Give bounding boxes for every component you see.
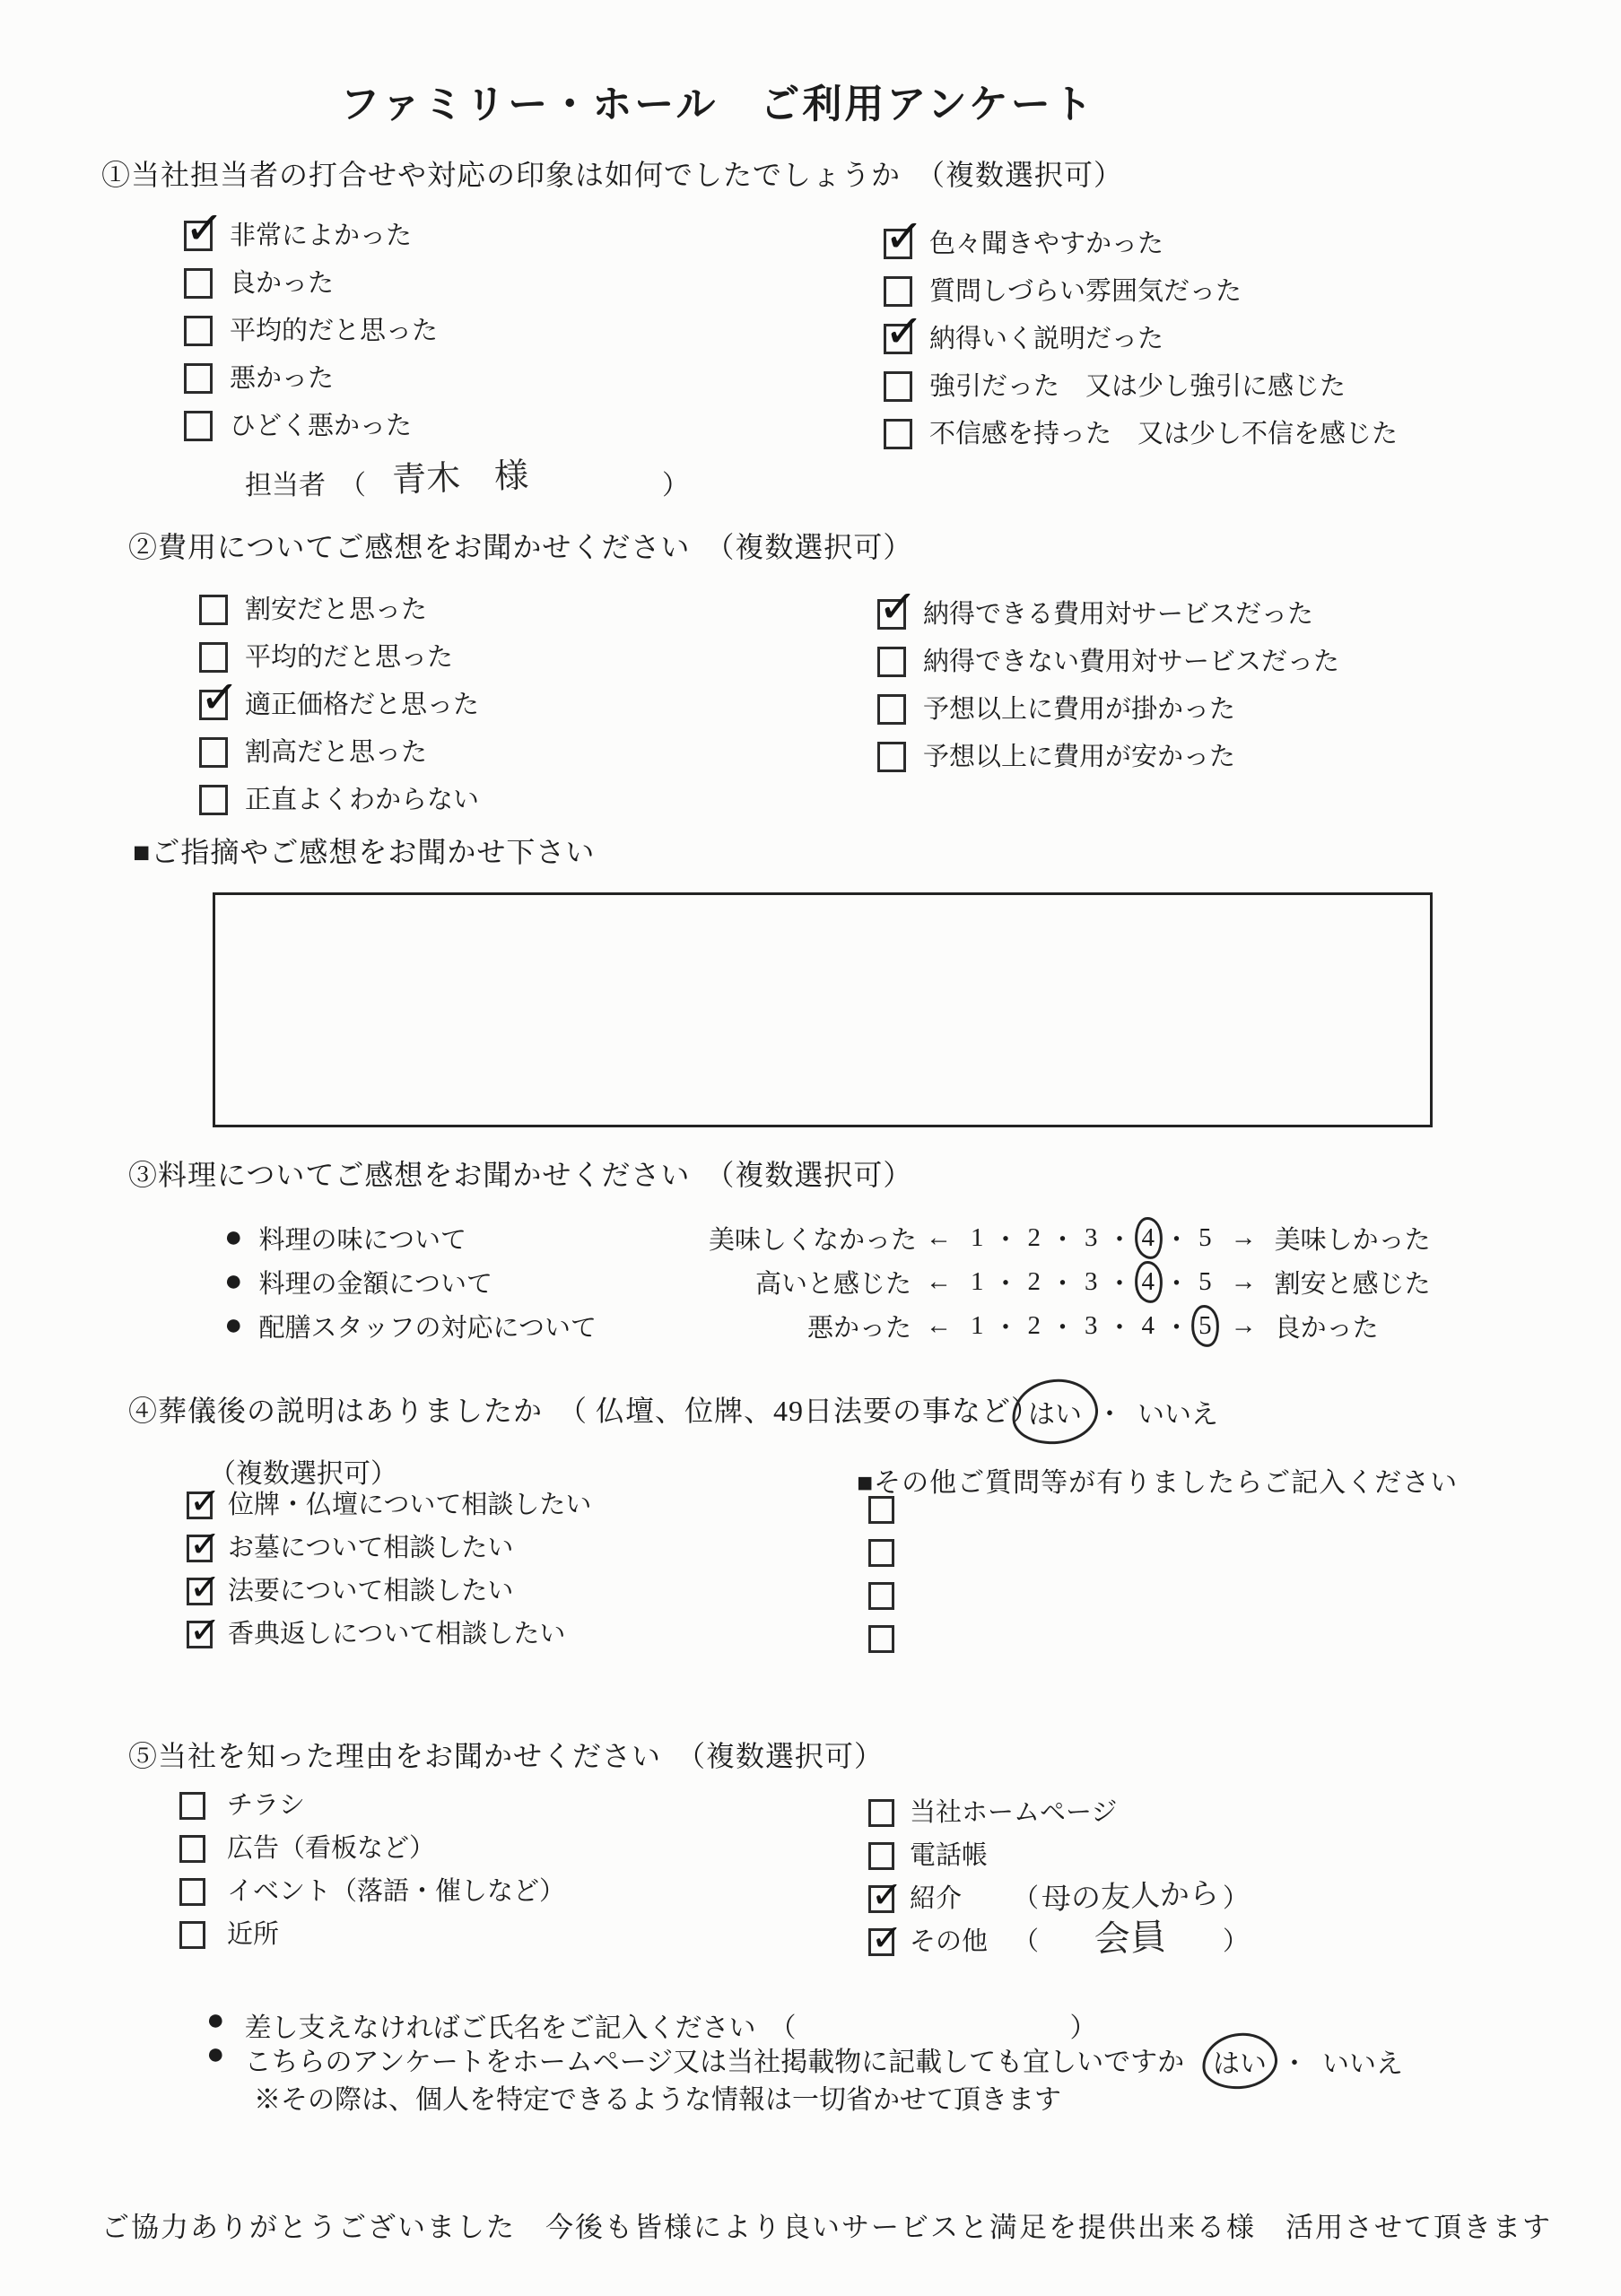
option-row: ✓ 香典返しについて相談したい xyxy=(187,1621,591,1648)
dot-separator: ・ xyxy=(1102,1220,1137,1257)
option-row: ✓ 予想以上に費用が安かった xyxy=(877,742,1339,772)
q2-heading: ②費用についてご感想をお聞かせください （複数選択可） xyxy=(128,525,912,566)
referral-note-handwritten[interactable]: 母の友人から xyxy=(1038,1879,1223,1913)
option-row: ✓ 非常によかった xyxy=(184,221,438,251)
option-row: ✓ 納得できる費用対サービスだった xyxy=(877,599,1339,630)
check-icon: ✓ xyxy=(188,1482,222,1521)
checkbox[interactable]: ✓ xyxy=(184,363,213,394)
q4-left-options: ✓ 位牌・仏壇について相談したい ✓ お墓について相談したい ✓ 法要について相… xyxy=(187,1492,591,1664)
option-row: ✓ イベント（落語・催しなど） xyxy=(179,1878,565,1906)
option-label: ひどく悪かった xyxy=(230,411,412,441)
comments-input-box[interactable] xyxy=(213,892,1433,1127)
q5-heading: ⑤当社を知った理由をお聞かせください （複数選択可） xyxy=(128,1734,884,1775)
dot-separator: ・ xyxy=(1159,1220,1194,1257)
scale-low-label: 美味しくなかった xyxy=(709,1220,911,1257)
scale-number[interactable]: 2 xyxy=(1024,1223,1046,1253)
checkbox[interactable]: ✓ xyxy=(199,737,228,768)
option-row: ✓ 予想以上に費用が掛かった xyxy=(877,694,1339,725)
dot-separator: ・ xyxy=(989,1264,1024,1300)
q4-other-heading: ■その他ご質問等が有りましたらご記入ください xyxy=(857,1460,1458,1500)
scale-number[interactable]: 5 xyxy=(1194,1223,1216,1253)
right-arrow-icon: → xyxy=(1231,1267,1257,1297)
option-label: 適正価格だと思った xyxy=(245,690,479,720)
checkbox[interactable]: ✓ xyxy=(187,1621,213,1648)
option-label: 予想以上に費用が安かった xyxy=(923,742,1235,772)
bullet-icon: ● xyxy=(224,1310,243,1341)
option-label: 広告（看板など） xyxy=(227,1835,435,1863)
q5-right-options: ✓ 当社ホームページ ✓ 電話帳 ✓ 紹介 （ 母の友人から ） ✓ その他 （… xyxy=(868,1799,1249,1971)
q4-heading: ④葬儀後の説明はありましたか （ 仏壇、位牌、49日法要の事など） xyxy=(128,1388,1041,1430)
no-option[interactable]: いいえ xyxy=(1322,2041,1403,2081)
q4-yes-no-group: はい ・ いいえ xyxy=(1028,1392,1218,1431)
dot-separator: ・ xyxy=(1045,1264,1080,1300)
option-label: その他 xyxy=(910,1928,1013,1956)
checkbox[interactable]: ✓ xyxy=(199,642,228,673)
other-note-handwritten[interactable]: 会員 xyxy=(1038,1922,1223,1956)
check-icon: ✓ xyxy=(870,1875,903,1915)
dot-separator: ・ xyxy=(1045,1220,1080,1257)
option-row: ✓ 紹介 （ 母の友人から ） xyxy=(868,1885,1249,1913)
checkbox[interactable]: ✓ xyxy=(868,1539,894,1567)
check-icon: ✓ xyxy=(884,213,925,261)
q5-left-options: ✓ チラシ ✓ 広告（看板など） ✓ イベント（落語・催しなど） ✓ 近所 xyxy=(179,1792,565,1964)
yes-option[interactable]: はい xyxy=(1028,1392,1082,1431)
check-icon: ✓ xyxy=(188,1525,222,1564)
option-row: ✓ 法要について相談したい xyxy=(187,1578,591,1605)
checkbox[interactable]: ✓ xyxy=(868,1885,894,1913)
option-row: ✓ 平均的だと思った xyxy=(184,316,438,346)
option-label: 平均的だと思った xyxy=(245,642,453,673)
option-label: 紹介 xyxy=(910,1885,1013,1913)
scale-number[interactable]: 1 xyxy=(966,1223,989,1253)
checkbox[interactable]: ✓ xyxy=(868,1496,894,1524)
scale-number[interactable]: 3 xyxy=(1080,1223,1102,1253)
dot-separator: ・ xyxy=(989,1308,1024,1344)
scale-number[interactable]: 1 xyxy=(966,1311,989,1341)
option-row: ✓ 割安だと思った xyxy=(199,595,479,625)
checkbox[interactable]: ✓ xyxy=(187,1492,213,1519)
paren-close: ） xyxy=(1223,1885,1249,1913)
bullet-icon: ● xyxy=(206,2005,225,2036)
option-row: ✓ 強引だった 又は少し強引に感じた xyxy=(884,371,1398,402)
checkbox[interactable]: ✓ xyxy=(179,1792,205,1820)
q3-scale-row: 高いと感じた ← 1 ・ 2 ・ 3 ・ 4 ・ 5 → 割安と感じた xyxy=(709,1260,1431,1303)
scale-number[interactable]: 2 xyxy=(1024,1311,1046,1341)
option-label: チラシ xyxy=(227,1792,305,1820)
checkbox[interactable]: ✓ xyxy=(884,419,912,449)
option-row: ✓ 色々聞きやすかった xyxy=(884,229,1398,259)
checkbox[interactable]: ✓ xyxy=(179,1878,205,1906)
left-arrow-icon: ← xyxy=(926,1311,952,1341)
right-arrow-icon: → xyxy=(1231,1223,1257,1253)
checkbox[interactable]: ✓ xyxy=(877,647,906,677)
publish-consent-line: ● こちらのアンケートをホームページ又は当社掲載物に記載しても宜しいですか xyxy=(206,2039,1184,2079)
checkbox[interactable]: ✓ xyxy=(184,221,213,251)
scale-number[interactable]: 3 xyxy=(1080,1267,1102,1297)
staff-paren-close: ） xyxy=(662,463,689,502)
option-row: ✓ xyxy=(868,1582,894,1610)
right-arrow-icon: → xyxy=(1231,1311,1257,1341)
scale-high-label: 美味しかった xyxy=(1275,1220,1431,1257)
check-icon: ✓ xyxy=(199,674,240,722)
option-row: ✓ xyxy=(868,1625,894,1653)
scale-number[interactable]: 4 xyxy=(1137,1223,1160,1253)
checkbox[interactable]: ✓ xyxy=(884,229,912,259)
checkbox[interactable]: ✓ xyxy=(199,785,228,815)
q4-multi-note: （複数選択可） xyxy=(209,1451,397,1491)
q3-topic-row: ● 料理の金額について xyxy=(224,1260,492,1303)
q3-topic-row: ● 配膳スタッフの対応について xyxy=(224,1304,597,1347)
scale-low-label: 高いと感じた xyxy=(709,1264,911,1300)
scale-number[interactable]: 5 xyxy=(1194,1267,1216,1297)
option-label: お墓について相談したい xyxy=(228,1535,513,1562)
scale-high-label: 割安と感じた xyxy=(1275,1264,1431,1300)
check-icon: ✓ xyxy=(188,1611,222,1650)
bullet-icon: ● xyxy=(224,1266,243,1297)
scale-number[interactable]: 5 xyxy=(1194,1311,1216,1341)
option-label: 香典返しについて相談したい xyxy=(228,1621,565,1648)
privacy-note-line: ※その際は、個人を特定できるような情報は一切省かせて頂きます xyxy=(254,2077,1061,2117)
option-row: ✓ その他 （ 会員 ） xyxy=(868,1928,1249,1956)
option-row: ✓ 平均的だと思った xyxy=(199,642,479,673)
option-label: 位牌・仏壇について相談したい xyxy=(228,1492,591,1519)
checkbox[interactable]: ✓ xyxy=(187,1535,213,1562)
yes-option[interactable]: はい xyxy=(1213,2041,1267,2081)
option-row: ✓ 納得できない費用対サービスだった xyxy=(877,647,1339,677)
check-icon: ✓ xyxy=(877,583,919,631)
checkbox[interactable]: ✓ xyxy=(199,595,228,625)
thanks-footer: ご協力ありがとうございました 今後も皆様により良いサービスと満足を提供出来る様 … xyxy=(101,2205,1552,2245)
scanned-survey-form: { "glyphs": { "check": "✓", "dot_sep": "… xyxy=(0,0,1621,2296)
scale-low-label: 悪かった xyxy=(709,1308,911,1344)
option-label: 当社ホームページ xyxy=(910,1799,1117,1827)
dot-separator: ・ xyxy=(1159,1308,1194,1344)
bullet-icon: ● xyxy=(206,2039,225,2070)
checkbox[interactable]: ✓ xyxy=(868,1842,894,1870)
option-row: ✓ 当社ホームページ xyxy=(868,1799,1249,1827)
scale-number[interactable]: 3 xyxy=(1080,1311,1102,1341)
q3-topic-row: ● 料理の味について xyxy=(224,1216,466,1259)
option-row: ✓ 不信感を持った 又は少し不信を感じた xyxy=(884,419,1398,449)
dot-separator: ・ xyxy=(989,1220,1024,1257)
option-label: 納得できない費用対サービスだった xyxy=(923,647,1339,677)
option-row: ✓ xyxy=(868,1496,894,1524)
option-label: 強引だった 又は少し強引に感じた xyxy=(929,371,1346,402)
option-row: ✓ 広告（看板など） xyxy=(179,1835,565,1863)
q2-left-options: ✓ 割安だと思った ✓ 平均的だと思った ✓ 適正価格だと思った ✓ 割高だと思… xyxy=(199,595,479,832)
option-label: 悪かった xyxy=(230,363,334,394)
checkbox[interactable]: ✓ xyxy=(184,411,213,441)
option-label: 割高だと思った xyxy=(245,737,427,768)
checkbox[interactable]: ✓ xyxy=(877,694,906,725)
checkbox[interactable]: ✓ xyxy=(187,1578,213,1605)
paren-open: （ xyxy=(1013,1885,1039,1913)
option-label: 割安だと思った xyxy=(245,595,427,625)
topic-label: 料理の金額について xyxy=(259,1264,492,1300)
staff-label: 担当者 （ xyxy=(245,463,366,502)
q3-scale-row: 悪かった ← 1 ・ 2 ・ 3 ・ 4 ・ 5 → 良かった xyxy=(709,1304,1379,1347)
check-icon: ✓ xyxy=(870,1918,903,1958)
option-label: 不信感を持った 又は少し不信を感じた xyxy=(929,419,1398,449)
form-title: ファミリー・ホール ご利用アンケート xyxy=(296,72,1139,129)
option-label: 納得できる費用対サービスだった xyxy=(923,599,1313,630)
scale-number[interactable]: 4 xyxy=(1137,1311,1160,1341)
option-row: ✓ xyxy=(868,1539,894,1567)
option-row: ✓ 良かった xyxy=(184,268,438,299)
option-row: ✓ 質問しづらい雰囲気だった xyxy=(884,276,1398,307)
option-label: 色々聞きやすかった xyxy=(929,229,1163,259)
staff-name-handwritten[interactable]: 青木 様 xyxy=(364,443,662,502)
q4-other-boxes: ✓ ✓ ✓ ✓ xyxy=(868,1496,894,1668)
q1-left-options: ✓ 非常によかった ✓ 良かった ✓ 平均的だと思った ✓ 悪かった ✓ ひどく… xyxy=(184,221,438,458)
checkbox[interactable]: ✓ xyxy=(877,742,906,772)
bullet-icon: ● xyxy=(224,1222,243,1253)
option-label: 平均的だと思った xyxy=(230,316,438,346)
option-label: 近所 xyxy=(227,1921,279,1949)
option-row: ✓ 電話帳 xyxy=(868,1842,1249,1870)
option-row: ✓ 正直よくわからない xyxy=(199,785,479,815)
check-icon: ✓ xyxy=(884,308,925,356)
option-label: 非常によかった xyxy=(230,221,412,251)
option-row: ✓ 納得いく説明だった xyxy=(884,324,1398,354)
checkbox[interactable]: ✓ xyxy=(884,276,912,307)
dot-separator: ・ xyxy=(1045,1308,1080,1344)
publish-yes-no-group: はい ・ いいえ xyxy=(1213,2041,1403,2081)
option-label: 納得いく説明だった xyxy=(929,324,1163,354)
option-label: イベント（落語・催しなど） xyxy=(227,1878,565,1906)
checkbox[interactable]: ✓ xyxy=(179,1835,205,1863)
checkbox[interactable]: ✓ xyxy=(179,1921,205,1949)
option-label: 予想以上に費用が掛かった xyxy=(923,694,1235,725)
comments-heading: ■ご指摘やご感想をお聞かせ下さい xyxy=(133,830,595,871)
left-arrow-icon: ← xyxy=(926,1267,952,1297)
scale-number[interactable]: 4 xyxy=(1137,1267,1160,1297)
checkbox[interactable]: ✓ xyxy=(184,268,213,299)
topic-label: 料理の味について xyxy=(259,1220,466,1257)
option-label: 法要について相談したい xyxy=(228,1578,513,1605)
option-row: ✓ 悪かった xyxy=(184,363,438,394)
checkbox[interactable]: ✓ xyxy=(868,1582,894,1610)
checkbox[interactable]: ✓ xyxy=(884,324,912,354)
no-option[interactable]: いいえ xyxy=(1137,1392,1218,1431)
publish-consent-text: こちらのアンケートをホームページ又は当社掲載物に記載しても宜しいですか xyxy=(245,2039,1185,2079)
option-row: ✓ 割高だと思った xyxy=(199,737,479,768)
option-label: 電話帳 xyxy=(910,1842,988,1870)
option-row: ✓ チラシ xyxy=(179,1792,565,1820)
checkbox[interactable]: ✓ xyxy=(884,371,912,402)
option-label: 質問しづらい雰囲気だった xyxy=(929,276,1242,307)
option-row: ✓ 適正価格だと思った xyxy=(199,690,479,720)
option-label: 正直よくわからない xyxy=(245,785,479,815)
option-row: ✓ お墓について相談したい xyxy=(187,1535,591,1562)
dot-separator: ・ xyxy=(1159,1264,1194,1300)
checkbox[interactable]: ✓ xyxy=(199,690,228,720)
checkbox[interactable]: ✓ xyxy=(868,1799,894,1827)
q1-right-options: ✓ 色々聞きやすかった ✓ 質問しづらい雰囲気だった ✓ 納得いく説明だった ✓… xyxy=(884,229,1398,466)
dot-separator: ・ xyxy=(1102,1308,1137,1344)
option-label: 良かった xyxy=(230,268,334,299)
paren-open: （ xyxy=(1013,1928,1039,1956)
q1-heading: ①当社担当者の打合せや対応の印象は如何でしたでしょうか （複数選択可） xyxy=(101,152,1123,194)
topic-label: 配膳スタッフの対応について xyxy=(259,1308,597,1344)
staff-name-line: 担当者 （ 青木 様 ） xyxy=(245,453,689,502)
checkbox[interactable]: ✓ xyxy=(184,316,213,346)
q3-scale-row: 美味しくなかった ← 1 ・ 2 ・ 3 ・ 4 ・ 5 → 美味しかった xyxy=(709,1216,1431,1259)
option-row: ✓ 近所 xyxy=(179,1921,565,1949)
left-arrow-icon: ← xyxy=(926,1223,952,1253)
q3-heading: ③料理についてご感想をお聞かせください （複数選択可） xyxy=(128,1152,912,1194)
checkbox[interactable]: ✓ xyxy=(868,1625,894,1653)
scale-number[interactable]: 1 xyxy=(966,1267,989,1297)
option-row: ✓ ひどく悪かった xyxy=(184,411,438,441)
checkbox[interactable]: ✓ xyxy=(877,599,906,630)
q2-right-options: ✓ 納得できる費用対サービスだった ✓ 納得できない費用対サービスだった ✓ 予… xyxy=(877,599,1339,789)
scale-number[interactable]: 2 xyxy=(1024,1267,1046,1297)
checkbox[interactable]: ✓ xyxy=(868,1928,894,1956)
paren-close: ） xyxy=(1223,1928,1249,1956)
dot-separator: ・ xyxy=(1102,1264,1137,1300)
scale-high-label: 良かった xyxy=(1275,1308,1379,1344)
check-icon: ✓ xyxy=(188,1568,222,1607)
check-icon: ✓ xyxy=(184,204,225,253)
option-row: ✓ 位牌・仏壇について相談したい xyxy=(187,1492,591,1519)
